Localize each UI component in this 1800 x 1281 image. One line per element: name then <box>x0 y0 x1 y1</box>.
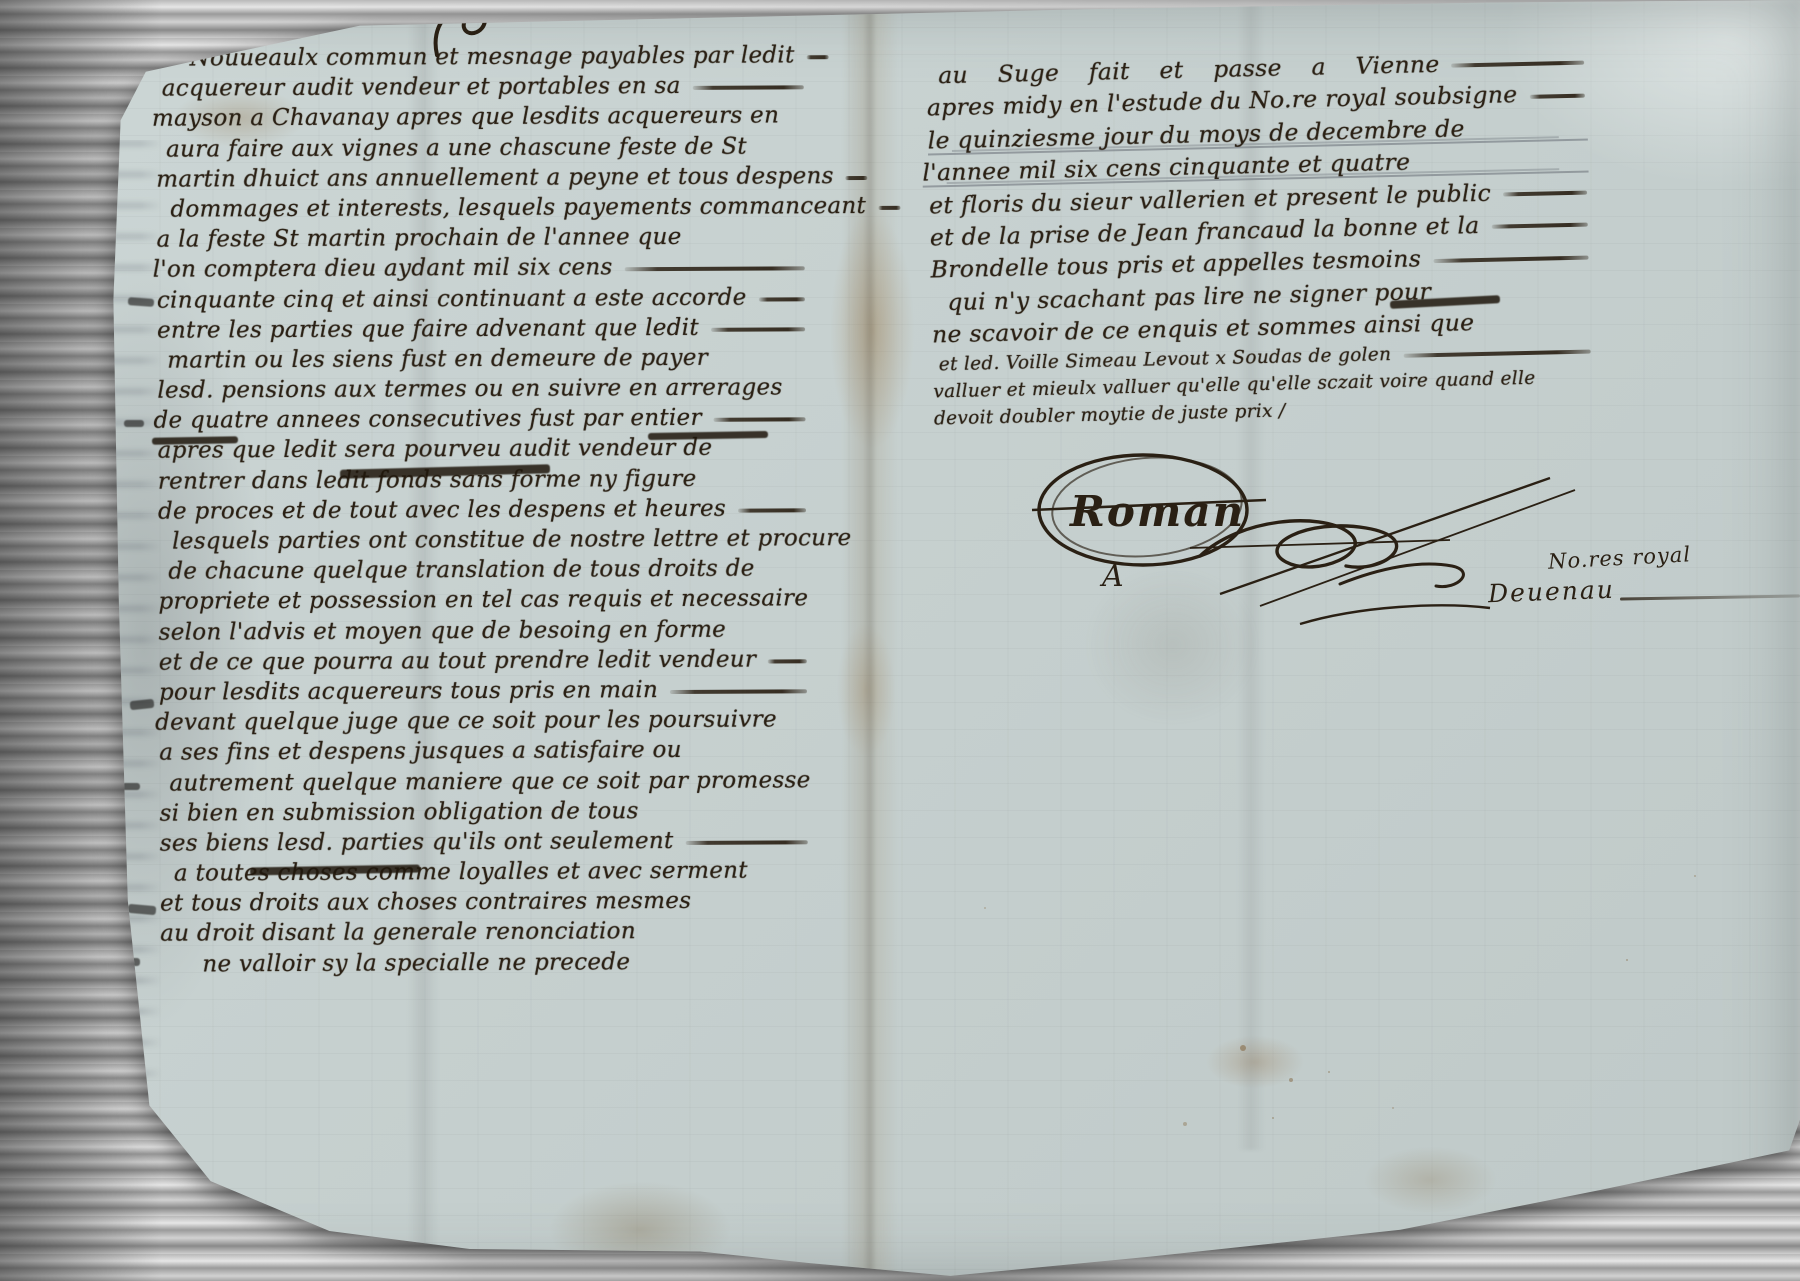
ink-blot <box>0 54 12 96</box>
ink-dash <box>625 267 805 272</box>
signature-stroke <box>1620 594 1800 600</box>
left-page-text: Nouueaulx commun et mesnage payables par… <box>156 40 811 979</box>
manuscript-line: a ses fins et despens jusques a satisfai… <box>159 735 809 769</box>
paper-wrap: Nouueaulx commun et mesnage payables par… <box>0 0 1800 1281</box>
ink-dash <box>878 206 900 210</box>
manuscript-line-text: selon l'advis et moyen que de besoing en… <box>159 614 727 647</box>
manuscript-line: autrement quelque maniere que ce soit pa… <box>169 765 809 799</box>
manuscript-line: l'on comptera dieu aydant mil six cens <box>153 252 807 286</box>
manuscript-line-text: lesd. pensions aux termes ou en suivre e… <box>157 372 782 405</box>
manuscript-line-text: ne valloir sy la specialle ne precede <box>202 947 630 979</box>
manuscript-line: ses biens lesd. parties qu'ils ont seule… <box>160 825 810 859</box>
manuscript-line-text: autrement quelque maniere que ce soit pa… <box>169 765 810 799</box>
manuscript-line-text: cinquante cinq et ainsi continuant a est… <box>157 282 747 315</box>
manuscript-line: lesd. pensions aux termes ou en suivre e… <box>157 372 807 406</box>
manuscript-line-text: de proces et de tout avec les despens et… <box>158 494 726 527</box>
manuscript-line: si bien en submission obligation de tous <box>160 795 810 829</box>
manuscript-line-text: au droit disant la generale renonciation <box>160 917 636 950</box>
paper-stain-specks <box>1240 1045 1246 1051</box>
ink-dash <box>1503 190 1587 196</box>
manuscript-line-text: a la feste St martin prochain de l'annee… <box>157 222 682 255</box>
manuscript-line: de chacune quelque translation de tous d… <box>168 553 808 587</box>
flourish-signature <box>1190 456 1620 636</box>
manuscript-line-text: entre les parties que faire advenant que… <box>157 313 699 346</box>
manuscript-line-text: si bien en submission obligation de tous <box>160 796 639 829</box>
ink-dash <box>807 55 829 59</box>
ink-dash <box>1452 61 1585 68</box>
manuscript-line-text: et tous droits aux choses contraires mes… <box>160 886 691 919</box>
ink-bleed-through <box>44 140 162 1100</box>
manuscript-line-text: acquereur audit vendeur et portables en … <box>162 71 681 104</box>
manuscript-line: pour lesdits acquereurs tous pris en mai… <box>159 674 809 708</box>
manuscript-line-text: aura faire aux vignes a une chascune fes… <box>166 131 747 164</box>
manuscript-line-text: et de ce que pourra au tout prendre ledi… <box>159 644 757 677</box>
manuscript-paper: Nouueaulx commun et mesnage payables par… <box>0 0 1800 1281</box>
manuscript-line-text: mayson a Chavanay apres que lesdits acqu… <box>152 101 779 134</box>
manuscript-line: ne valloir sy la specialle ne precede <box>202 946 810 979</box>
ink-dash <box>714 418 806 422</box>
notary-name: Deuenau <box>1488 576 1616 608</box>
manuscript-line: Nouueaulx commun et mesnage payables par… <box>190 40 806 73</box>
ink-dash <box>759 297 805 301</box>
manuscript-line: de proces et de tout avec les despens et… <box>158 493 808 527</box>
binding-smudge <box>128 297 154 307</box>
ink-dash <box>1433 255 1588 263</box>
manuscript-photograph: Nouueaulx commun et mesnage payables par… <box>0 0 1800 1281</box>
signature-paraph: A <box>1099 559 1124 594</box>
ink-dash <box>738 508 806 512</box>
manuscript-line: et tous droits aux choses contraires mes… <box>160 886 810 920</box>
manuscript-line-text: ses biens lesd. parties qu'ils ont seule… <box>160 826 674 859</box>
manuscript-line: devant quelque juge que ce soit pour les… <box>155 704 809 738</box>
binding-smudge <box>122 783 140 790</box>
ink-dash <box>693 86 804 91</box>
manuscript-line: mayson a Chavanay apres que lesdits acqu… <box>152 101 806 135</box>
manuscript-line: selon l'advis et moyen que de besoing en… <box>159 614 809 648</box>
manuscript-line: cinquante cinq et ainsi continuant a est… <box>157 282 807 316</box>
manuscript-line: acquereur audit vendeur et portables en … <box>162 70 806 104</box>
ink-dash <box>1403 350 1590 358</box>
manuscript-line: aura faire aux vignes a une chascune fes… <box>166 131 806 165</box>
manuscript-line: propriete et possession en tel cas requi… <box>158 584 808 618</box>
ink-dash <box>670 689 807 694</box>
manuscript-line-text: pour lesdits acquereurs tous pris en mai… <box>159 675 658 708</box>
manuscript-line: lesquels parties ont constitue de nostre… <box>172 523 808 557</box>
binding-smudge <box>124 420 144 427</box>
manuscript-line-text: dommages et interests, lesquels payement… <box>170 191 866 225</box>
manuscript-line-text: devant quelque juge que ce soit pour les… <box>155 705 777 738</box>
ink-dash <box>686 840 808 845</box>
binding-smudge <box>120 958 140 966</box>
manuscript-line-text: de quatre annees consecutives fust par e… <box>153 403 701 436</box>
manuscript-line: dommages et interests, lesquels payement… <box>170 191 806 225</box>
manuscript-line-text: lesquels parties ont constitue de nostre… <box>172 523 852 557</box>
manuscript-line: martin ou les siens fust en demeure de p… <box>167 342 807 376</box>
manuscript-line-text: de chacune quelque translation de tous d… <box>168 554 754 587</box>
ink-dash <box>768 659 807 663</box>
manuscript-line: au droit disant la generale renonciation <box>160 916 810 950</box>
ink-dash <box>846 176 868 180</box>
manuscript-line-text: l'on comptera dieu aydant mil six cens <box>153 253 613 286</box>
crossed-out-word <box>152 436 238 444</box>
ink-dash <box>1529 93 1584 98</box>
manuscript-line-text: martin ou les siens fust en demeure de p… <box>167 343 708 376</box>
manuscript-line-text: a ses fins et despens jusques a satisfai… <box>159 735 682 768</box>
manuscript-line: entre les parties que faire advenant que… <box>157 312 807 346</box>
manuscript-line-text: martin dhuict ans annuellement a peyne e… <box>156 161 834 195</box>
right-page-text: au Suge fait et passe a Vienneapres midy… <box>926 45 1594 432</box>
manuscript-line: martin dhuict ans annuellement a peyne e… <box>156 161 806 195</box>
manuscript-line-text: propriete et possession en tel cas requi… <box>158 584 808 618</box>
signature-area: Roman A No.res royal Deuenau <box>1010 438 1800 658</box>
manuscript-line: a la feste St martin prochain de l'annee… <box>157 221 807 255</box>
ink-dash <box>711 327 805 331</box>
ink-dash <box>1491 223 1587 229</box>
ink-blot <box>27 24 80 64</box>
manuscript-line: et de ce que pourra au tout prendre ledi… <box>159 644 809 678</box>
manuscript-line-text: Nouueaulx commun et mesnage payables par… <box>190 40 795 73</box>
manuscript-line-text: apres que ledit sera pourveu audit vende… <box>158 433 713 466</box>
